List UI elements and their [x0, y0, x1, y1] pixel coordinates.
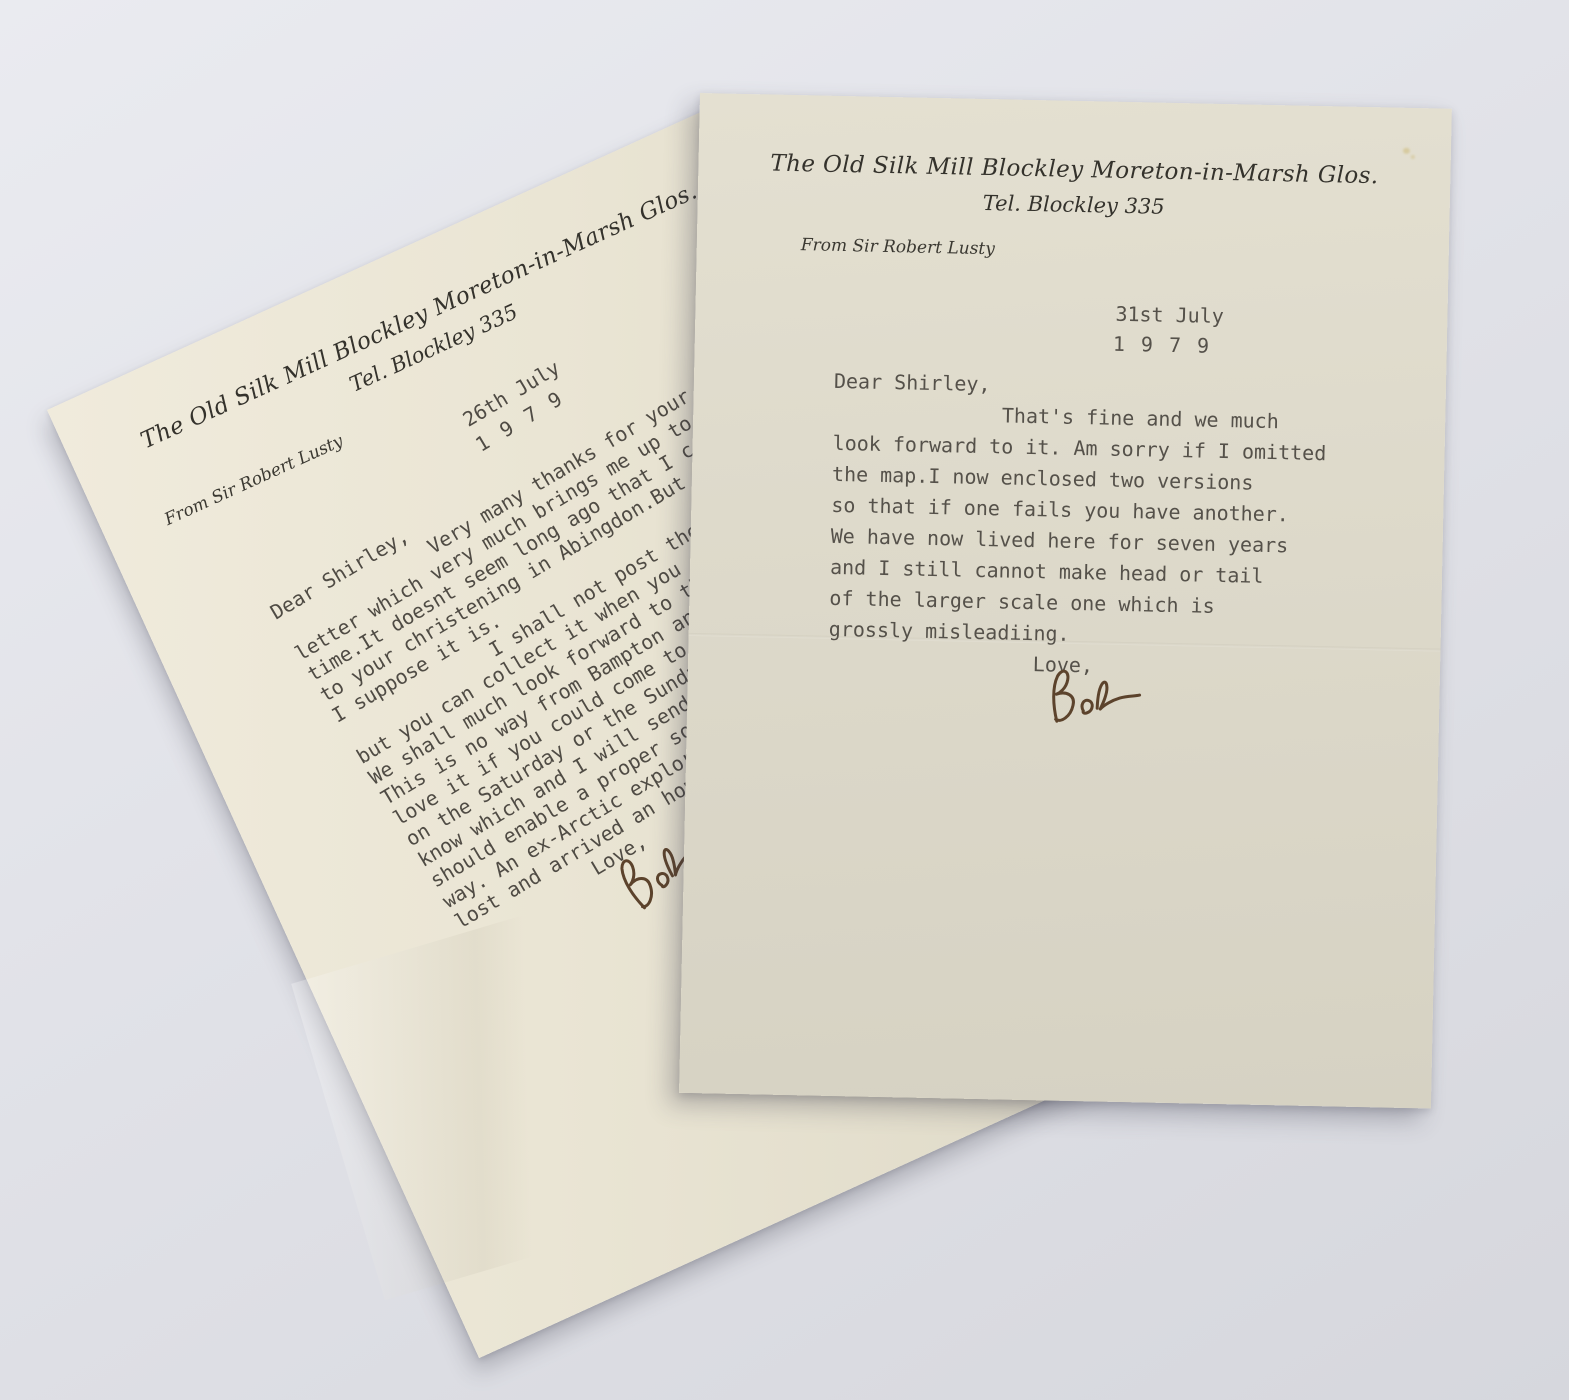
letter-page-31-july: The Old Silk Mill Blockley Moreton-in-Ma…	[679, 93, 1452, 1109]
signature-bob	[1038, 659, 1149, 730]
typed-text-block: 31st July 1 9 7 9 Dear Shirley, That's f…	[679, 93, 1452, 1109]
date-day-month: 31st July	[1115, 302, 1224, 328]
date-year: 1 9 7 9	[1113, 332, 1212, 358]
letter-body: Dear Shirley, That's fine and we muchloo…	[828, 366, 1328, 686]
photo-background: The Old Silk Mill Blockley Moreton-in-Ma…	[0, 0, 1569, 1400]
